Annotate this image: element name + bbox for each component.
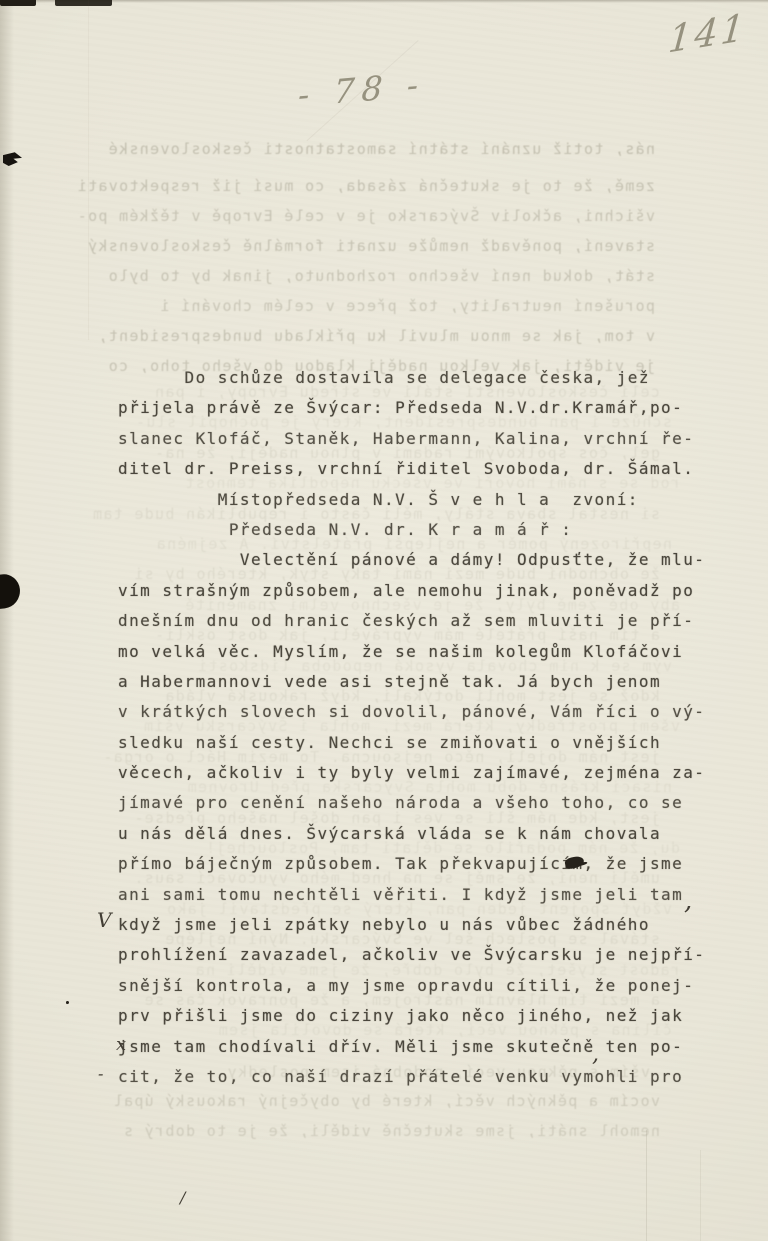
bleedthrough-line: země, že to je skutečná zásada, co musí … xyxy=(95,177,655,195)
ink-dot xyxy=(66,1001,70,1005)
scanned-document-page: 141 - 78 - nás, totiž uznání státní samo… xyxy=(0,0,768,1241)
handwritten-comma: , xyxy=(592,1044,599,1066)
typed-line: dnešním dnu od hranic českých až sem mlu… xyxy=(118,611,718,641)
binding-mark-top-left xyxy=(0,0,36,6)
typed-line: Místopředseda N.V. Š v e h l a zvoní: xyxy=(118,490,718,520)
typed-line: Velectění pánové a dámy! Odpusťte, že ml… xyxy=(118,550,718,580)
typed-text-block: Do schůze dostavila se delegace česka, j… xyxy=(118,368,718,1097)
typed-line: v krátkých slovech si dovolil, pánové, V… xyxy=(118,702,718,732)
bleedthrough-line: porušení neutrality, tož přece v celém c… xyxy=(95,297,655,315)
strikeover-x: x xyxy=(116,1036,126,1054)
typed-line: snější kontrola, a my jsme opravdu cítil… xyxy=(118,976,718,1006)
bleedthrough-line: stavení, poněvadž nemůže uznati formálně… xyxy=(95,237,655,255)
pencil-page-number-141: 141 xyxy=(667,5,750,62)
typed-line: prohlížení zavazadel, ačkoliv ve Švýcars… xyxy=(118,945,718,975)
typed-line: cit, že to, co naší drazí přátelé venku … xyxy=(118,1067,718,1097)
typed-line: Do schůze dostavila se delegace česka, j… xyxy=(118,368,718,398)
ink-blob-large xyxy=(0,573,22,610)
paper-crease-left xyxy=(88,0,89,340)
inserted-letter: V xyxy=(97,910,111,930)
paper-crease-bottom-right2 xyxy=(700,1150,701,1241)
typed-line: u nás dělá dnes. Švýcarská vláda se k ná… xyxy=(118,824,718,854)
typed-line: jímavé pro cenění našeho národa a všeho … xyxy=(118,793,718,823)
typed-line: prv přišli jsme do ciziny jako něco jiné… xyxy=(118,1006,718,1036)
bleedthrough-line: stát, dokud není všechno rozhodnuto, jin… xyxy=(95,267,655,285)
typed-line: přijela právě ze Švýcar: Předseda N.V.dr… xyxy=(118,398,718,428)
bleedthrough-line: v tom, jak se mnou mluvil ku příkladu bu… xyxy=(95,327,655,345)
stray-dash: - xyxy=(98,1066,103,1082)
typed-line: slanec Klofáč, Staněk, Habermann, Kalina… xyxy=(118,429,718,459)
typed-line: ditel dr. Preiss, vrchní řiditel Svoboda… xyxy=(118,459,718,489)
scan-top-edge-shadow xyxy=(0,0,768,3)
typed-line: když jsme jeli zpátky nebylo u nás vůbec… xyxy=(118,915,718,945)
handwritten-comma: , xyxy=(684,888,692,914)
typed-line: mo velká věc. Myslím, že se našim kolegů… xyxy=(118,642,718,672)
pencil-page-number-78: - 78 - xyxy=(297,64,426,114)
typed-line: jsme tam chodívali dřív. Měli jsme skute… xyxy=(118,1037,718,1067)
bleedthrough-line: nás, totiž uznání státní samostatnosti č… xyxy=(95,140,655,158)
binding-mark-top-left2 xyxy=(55,0,112,6)
paper-crease-bottom-right xyxy=(646,1130,647,1241)
bleedthrough-line: všichni, ačkoliv Švýcarsko je v celé Evr… xyxy=(95,207,655,225)
typed-line: Předseda N.V. dr. K r a m á ř : xyxy=(118,520,718,550)
bleedthrough-line: nemohl snáti, jsme skutečně viděli, že j… xyxy=(60,1122,660,1140)
typed-line: vím strašným způsobem, ale nemohu jinak,… xyxy=(118,581,718,611)
typed-line: přímo báječným způsobem. Tak překvapujíc… xyxy=(118,854,718,884)
pencil-slash: / xyxy=(180,1190,185,1206)
typed-line: sledku naší cesty. Nechci se zmiňovati o… xyxy=(118,733,718,763)
typed-line: ani sami tomu nechtěli věřiti. I když js… xyxy=(118,885,718,915)
typed-line: věcech, ačkoliv i ty byly velmi zajímavé… xyxy=(118,763,718,793)
typed-line: a Habermannovi vede asi stejně tak. Já b… xyxy=(118,672,718,702)
scan-left-edge-shadow xyxy=(0,0,14,1241)
